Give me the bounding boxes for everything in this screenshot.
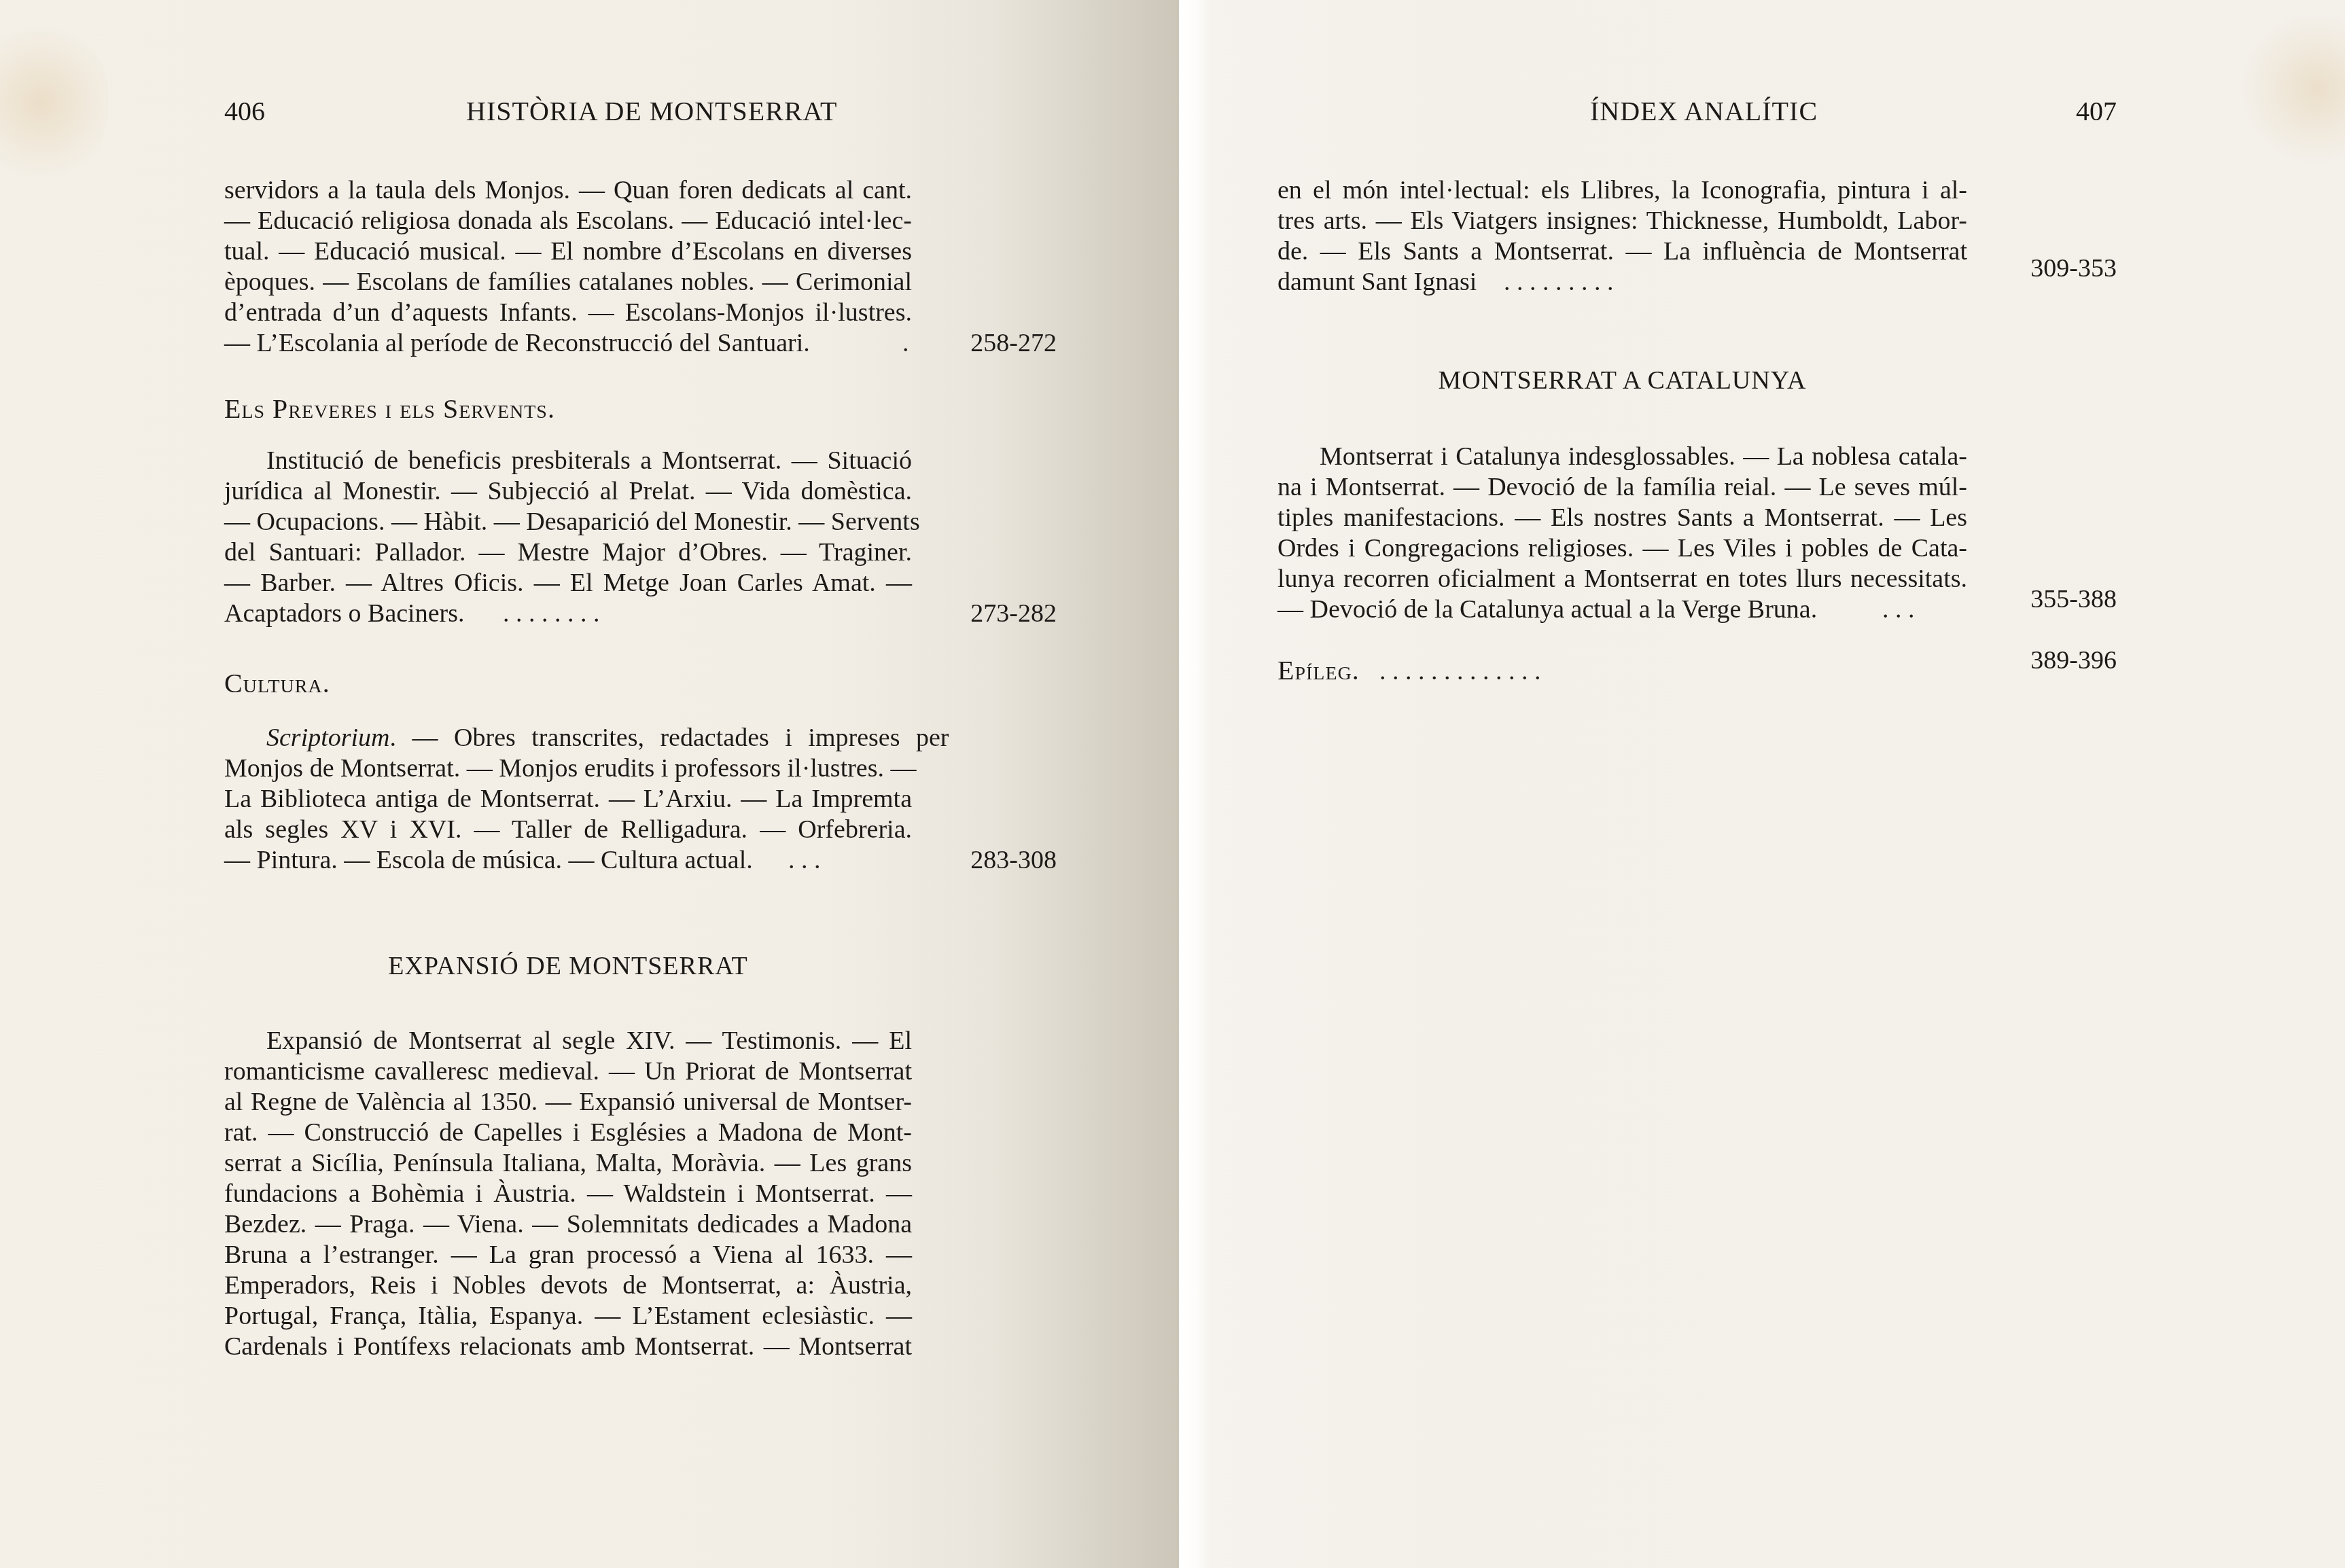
page-number: 406 — [224, 95, 265, 127]
entry-line: rat. — Construcció de Capelles i Esglési… — [224, 1118, 912, 1148]
foxing-stain — [2242, 7, 2345, 170]
italic-term: Scriptorium — [224, 724, 390, 752]
entry-line: serrat a Sicília, Península Italiana, Ma… — [224, 1148, 912, 1179]
dot-leader: . . . . . . . . . — [1504, 267, 1614, 298]
section-heading: Epíleg. — [1277, 654, 1360, 686]
entry-line: als segles XV i XVI. — Taller de Relliga… — [224, 815, 912, 845]
foxing-stain — [0, 14, 109, 190]
entry-line: — Ocupacions. — Hàbit. — Desaparició del… — [224, 507, 912, 537]
entry-line: del Santuari: Pallador. — Mestre Major d… — [224, 537, 912, 568]
entry-text: . — Obres transcrites, redactades i impr… — [390, 724, 949, 752]
entry-line: èpoques. — Escolans de famílies catalane… — [224, 267, 912, 298]
entry-line: d’entrada d’un d’aquests Infants. — Esco… — [224, 298, 912, 328]
dot-leader: . . . . . . . . . . . . . — [1379, 656, 1541, 687]
entry-line: lunya recorren oficialment a Montserrat … — [1277, 564, 1967, 594]
entry-line: Bezdez. — Praga. — Viena. — Solemnitats … — [224, 1209, 912, 1240]
book-spread: 406 HISTÒRIA DE MONTSERRAT servidors a l… — [0, 0, 2345, 1568]
page-range: 389-396 — [2011, 645, 2117, 676]
entry-line: Bruna a l’estranger. — La gran processó … — [224, 1240, 912, 1270]
entry-line: fundacions a Bohèmia i Àustria. — Waldst… — [224, 1179, 912, 1209]
entry-line: de. — Els Sants a Montserrat. — La influ… — [1277, 236, 1967, 267]
dot-leader: . . . . . . . . — [503, 599, 600, 629]
page-range: 309-353 — [2011, 253, 2117, 284]
entry-line: tiples manifestacions. — Els nostres San… — [1277, 503, 1967, 533]
right-page: ÍNDEX ANALÍTIC 407 en el món intel·lectu… — [1210, 0, 2345, 1568]
page-range: 283-308 — [951, 845, 1057, 876]
entry-line: na i Montserrat. — Devoció de la família… — [1277, 472, 1967, 503]
section-heading: Cultura. — [224, 667, 330, 699]
entry-line: jurídica al Monestir. — Subjecció al Pre… — [224, 476, 912, 507]
entry-line: — Devoció de la Catalunya actual a la Ve… — [1277, 594, 1875, 625]
entry-line: Expansió de Montserrat al segle XIV. — T… — [224, 1026, 912, 1056]
entry-line: en el món intel·lectual: els Llibres, la… — [1277, 175, 1967, 206]
entry-line: Institució de beneficis presbiterals a M… — [224, 446, 912, 476]
entry-line: Scriptorium. — Obres transcrites, redact… — [224, 723, 912, 753]
book-gutter — [1179, 0, 1210, 1568]
page-range: 273-282 — [951, 599, 1057, 629]
entry-line: — Pintura. — Escola de música. — Cultura… — [224, 845, 781, 876]
entry-line: — L’Escolania al període de Reconstrucci… — [224, 328, 912, 359]
entry-line: Montserrat i Catalunya indesglossables. … — [1277, 442, 1967, 472]
part-heading: MONTSERRAT A CATALUNYA — [1277, 366, 1967, 395]
page-range: 258-272 — [951, 328, 1057, 359]
entry-line: servidors a la taula dels Monjos. — Quan… — [224, 175, 912, 206]
entry-line: Monjos de Montserrat. — Monjos erudits i… — [224, 753, 912, 784]
dot-leader: . . . — [788, 845, 821, 876]
running-head: ÍNDEX ANALÍTIC — [1590, 95, 1818, 127]
entry-line: — Educació religiosa donada als Escolans… — [224, 206, 912, 236]
entry-line: tual. — Educació musical. — El nombre d’… — [224, 236, 912, 267]
running-head: HISTÒRIA DE MONTSERRAT — [466, 95, 837, 127]
part-heading: EXPANSIÓ DE MONTSERRAT — [224, 951, 912, 981]
entry-line: al Regne de València al 1350. — Expansió… — [224, 1087, 912, 1118]
page-range: 355-388 — [2011, 584, 2117, 615]
section-heading: Els Preveres i els Servents. — [224, 393, 555, 425]
entry-line: Portugal, França, Itàlia, Espanya. — L’E… — [224, 1301, 912, 1332]
page-number: 407 — [2076, 95, 2117, 127]
dot-leader: . . . — [1882, 594, 1915, 625]
entry-line: romanticisme cavalleresc medieval. — Un … — [224, 1056, 912, 1087]
dot-leader: . — [902, 328, 909, 359]
entry-line: damunt Sant Ignasi — [1277, 267, 1495, 298]
entry-line: — Barber. — Altres Oficis. — El Metge Jo… — [224, 568, 912, 599]
entry-line: La Biblioteca antiga de Montserrat. — L’… — [224, 784, 912, 815]
entry-line: Emperadors, Reis i Nobles devots de Mont… — [224, 1270, 912, 1301]
entry-line: tres arts. — Els Viatgers insignes: Thic… — [1277, 206, 1967, 236]
left-page: 406 HISTÒRIA DE MONTSERRAT servidors a l… — [0, 0, 1179, 1568]
entry-line: Cardenals i Pontífexs relacionats amb Mo… — [224, 1332, 912, 1362]
entry-line: Ordes i Congregacions religioses. — Les … — [1277, 533, 1967, 564]
